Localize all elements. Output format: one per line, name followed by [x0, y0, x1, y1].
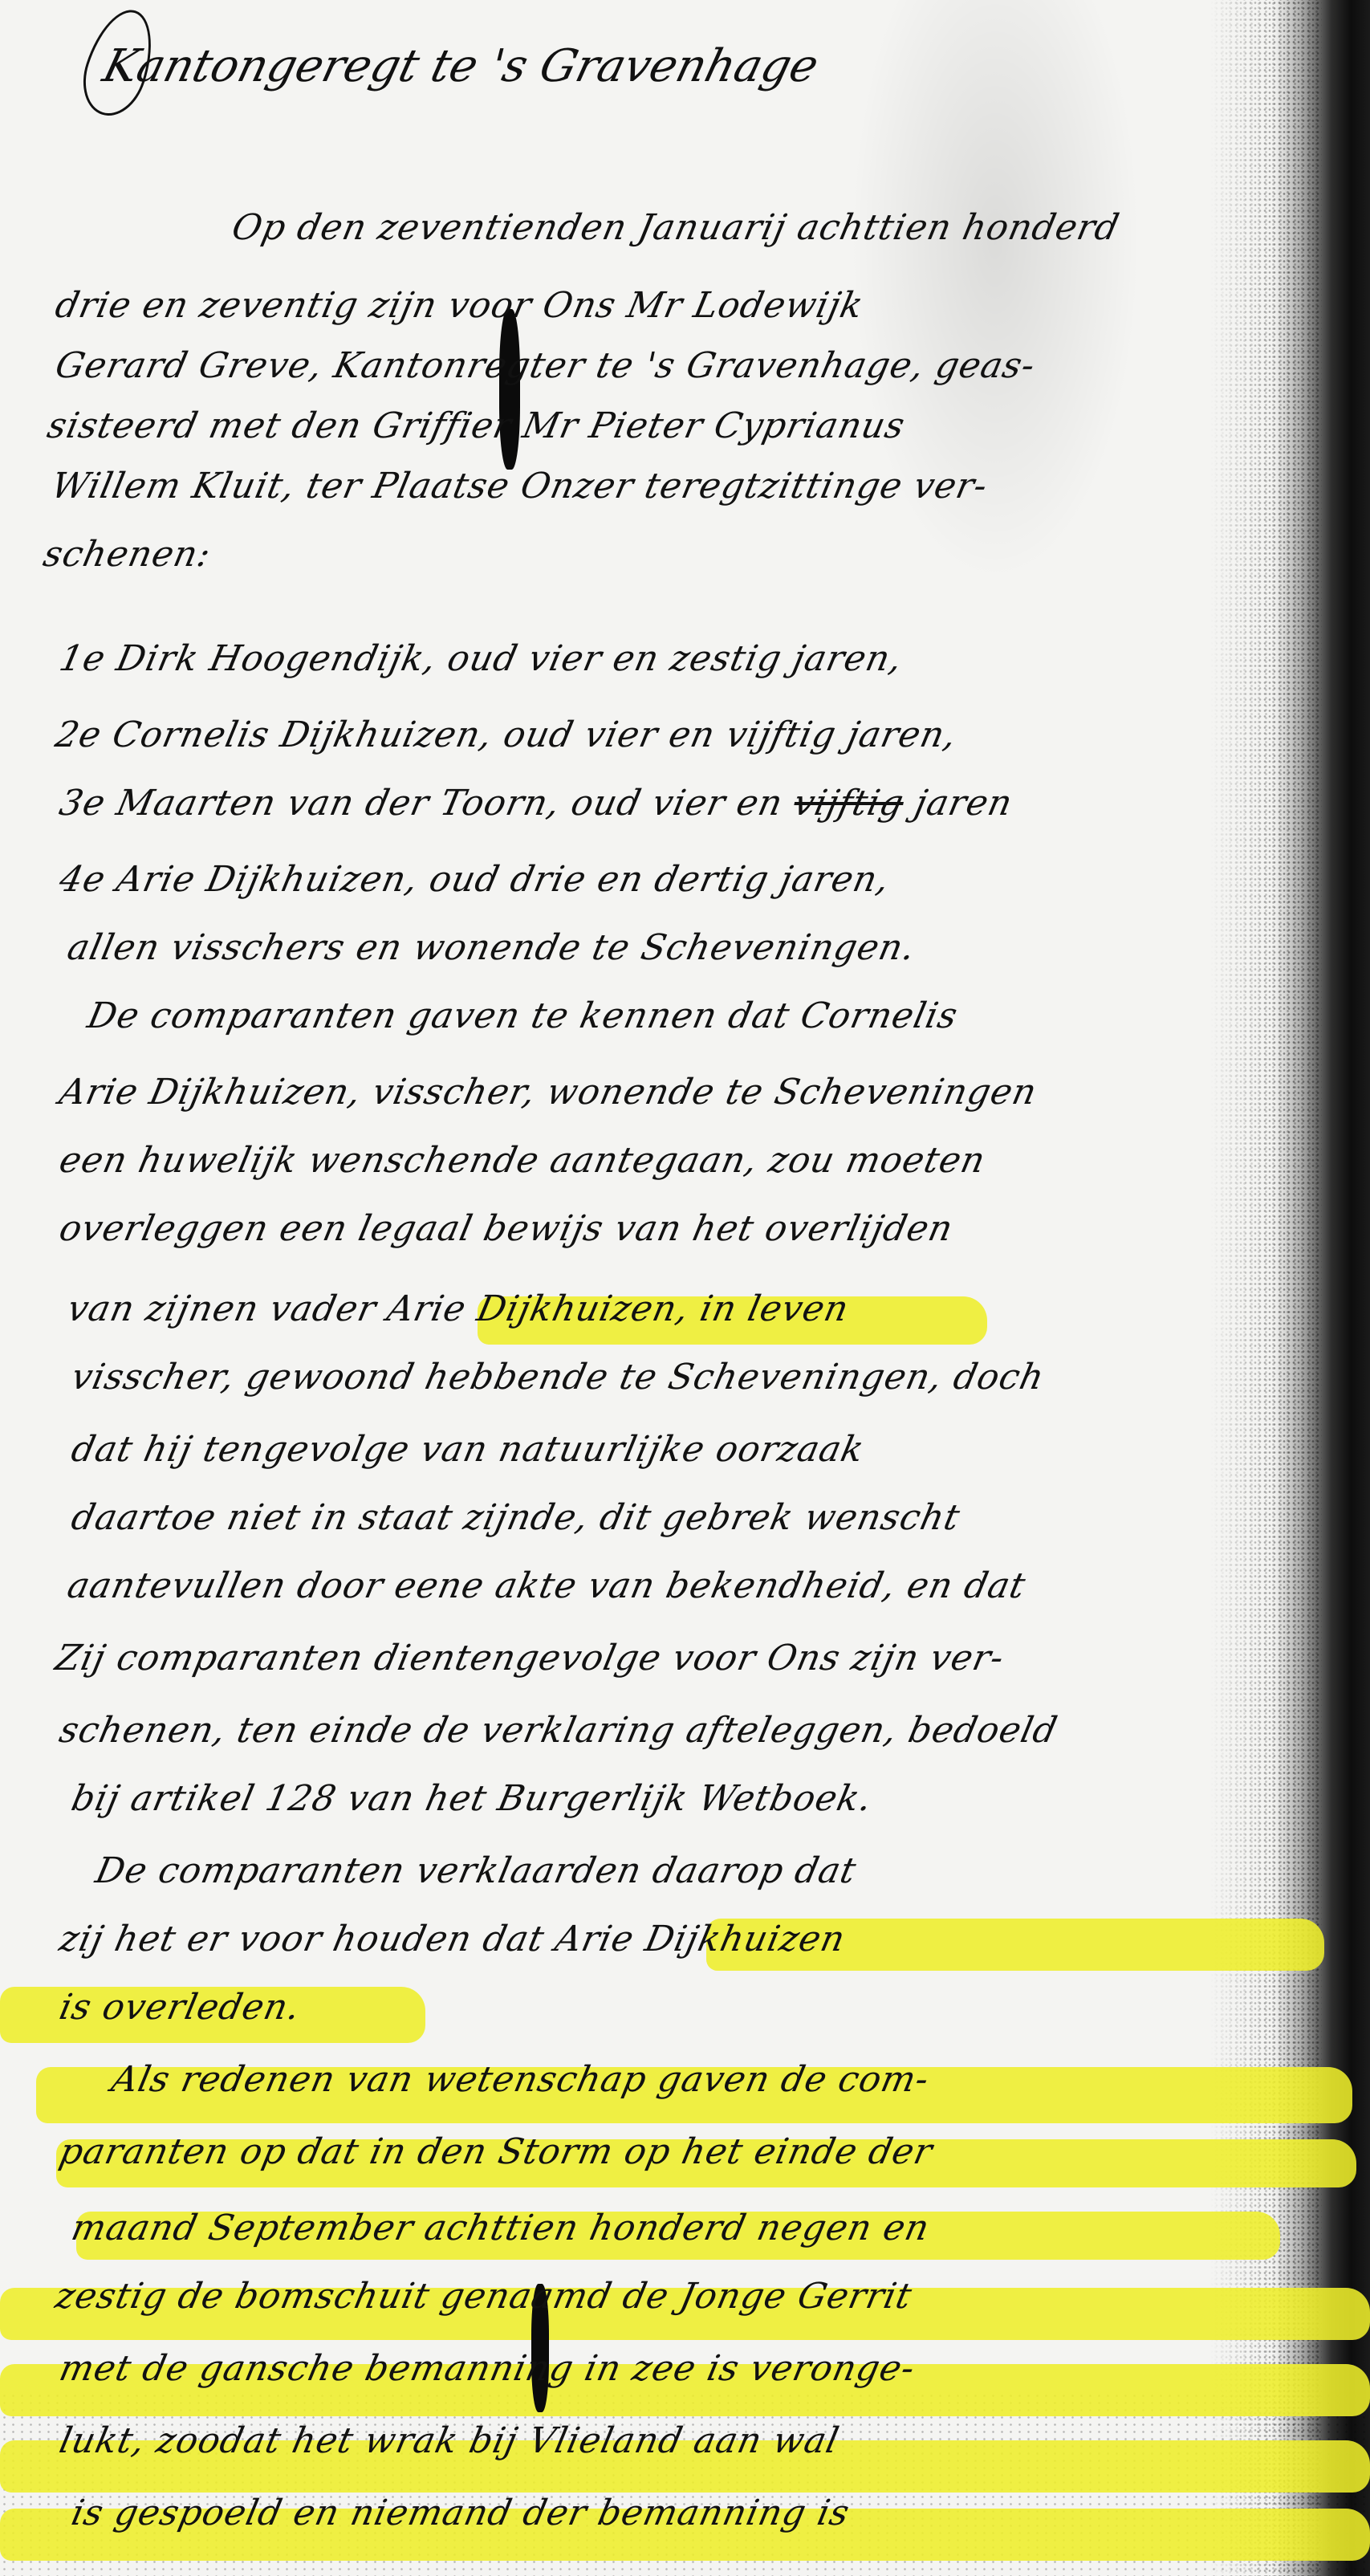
text-line-17: visscher, gewoond hebbende te Schevening… [68, 1357, 1048, 1398]
text-line-28: paranten op dat in den Storm op het eind… [56, 2131, 937, 2172]
text-line-7: 1e Dirk Hoogendijk, oud vier en zestig j… [56, 638, 907, 679]
text-line-22: schenen, ten einde de verklaring afteleg… [56, 1710, 1062, 1751]
text-line-4: sisteerd met den Griffier Mr Pieter Cypr… [44, 405, 909, 446]
text-line-18: dat hij tengevolge van natuurlijke oorza… [68, 1429, 868, 1470]
text-line-5: Willem Kluit, ter Plaatse Onzer teregtzi… [48, 466, 992, 507]
text-line-2: drie en zeventig zijn voor Ons Mr Lodewi… [52, 285, 868, 326]
text-line-16: van zijnen vader Arie Dijkhuizen, in lev… [64, 1288, 853, 1329]
text-line-13: Arie Dijkhuizen, visscher, wonende te Sc… [56, 1072, 1041, 1113]
text-line-25: zij het er voor houden dat Arie Dijkhuiz… [56, 1919, 849, 1959]
text-line-24: De comparanten verklaarden daarop dat [92, 1850, 860, 1891]
text-line-27: Als redenen van wetenschap gaven de com- [108, 2059, 933, 2100]
text-line-19: daartoe niet in staat zijnde, dit gebrek… [68, 1497, 964, 1538]
text-line-25-main: zij het er voor houden dat [56, 1919, 548, 1959]
text-line-15: overleggen een legaal bewijs van het ove… [56, 1208, 957, 1249]
scanned-page: Kantongeregt te 's Gravenhage Op den zev… [0, 0, 1370, 2576]
text-line-31: met de gansche bemanning in zee is veron… [56, 2348, 919, 2389]
deceased-name: Arie Dijkhuizen [551, 1919, 849, 1959]
struck-word: vijftig [790, 783, 908, 824]
text-line-8: 2e Cornelis Dijkhuizen, oud vier en vijf… [52, 714, 961, 755]
text-line-1: Op den zeventienden Januarij achttien ho… [229, 207, 1124, 248]
text-line-11: allen visschers en wonende te Schevening… [64, 927, 920, 968]
father-name: Arie Dijkhuizen, [384, 1288, 693, 1329]
text-line-33: is gespoeld en niemand der bemanning is [68, 2493, 854, 2533]
after-strike: jaren [911, 783, 1016, 824]
text-line-6: schenen: [40, 534, 215, 575]
binding-shadow [1274, 0, 1370, 2576]
text-line-14: een huwelijk wenschende aantegaan, zou m… [56, 1140, 990, 1181]
text-line-10: 4e Arie Dijkhuizen, oud drie en dertig j… [56, 859, 894, 900]
text-line-16-main: van zijnen vader [64, 1288, 380, 1329]
text-line-3: Gerard Greve, Kantonregter te 's Gravenh… [52, 345, 1039, 386]
text-line-12: De comparanten gaven te kennen dat Corne… [84, 995, 961, 1036]
text-line-23: bij artikel 128 van het Burgerlijk Wetbo… [68, 1778, 876, 1819]
text-line-9-main: 3e Maarten van der Toorn, oud vier en [56, 783, 787, 824]
text-line-20: aantevullen door eene akte van bekendhei… [64, 1565, 1030, 1606]
text-line-21: Zij comparanten dientengevolge voor Ons … [52, 1638, 1008, 1679]
in-leven: in leven [697, 1288, 853, 1329]
text-line-9: 3e Maarten van der Toorn, oud vier en vi… [56, 783, 1017, 824]
text-line-30: zestig de bomschuit genaamd de Jonge Ger… [52, 2276, 916, 2317]
document-title: Kantongeregt te 's Gravenhage [98, 40, 823, 92]
text-line-29: maand September achttien honderd negen e… [68, 2208, 933, 2248]
text-line-26: is overleden. [56, 1987, 305, 2028]
text-line-32: lukt, zoodat het wrak bij Vlieland aan w… [56, 2420, 844, 2461]
